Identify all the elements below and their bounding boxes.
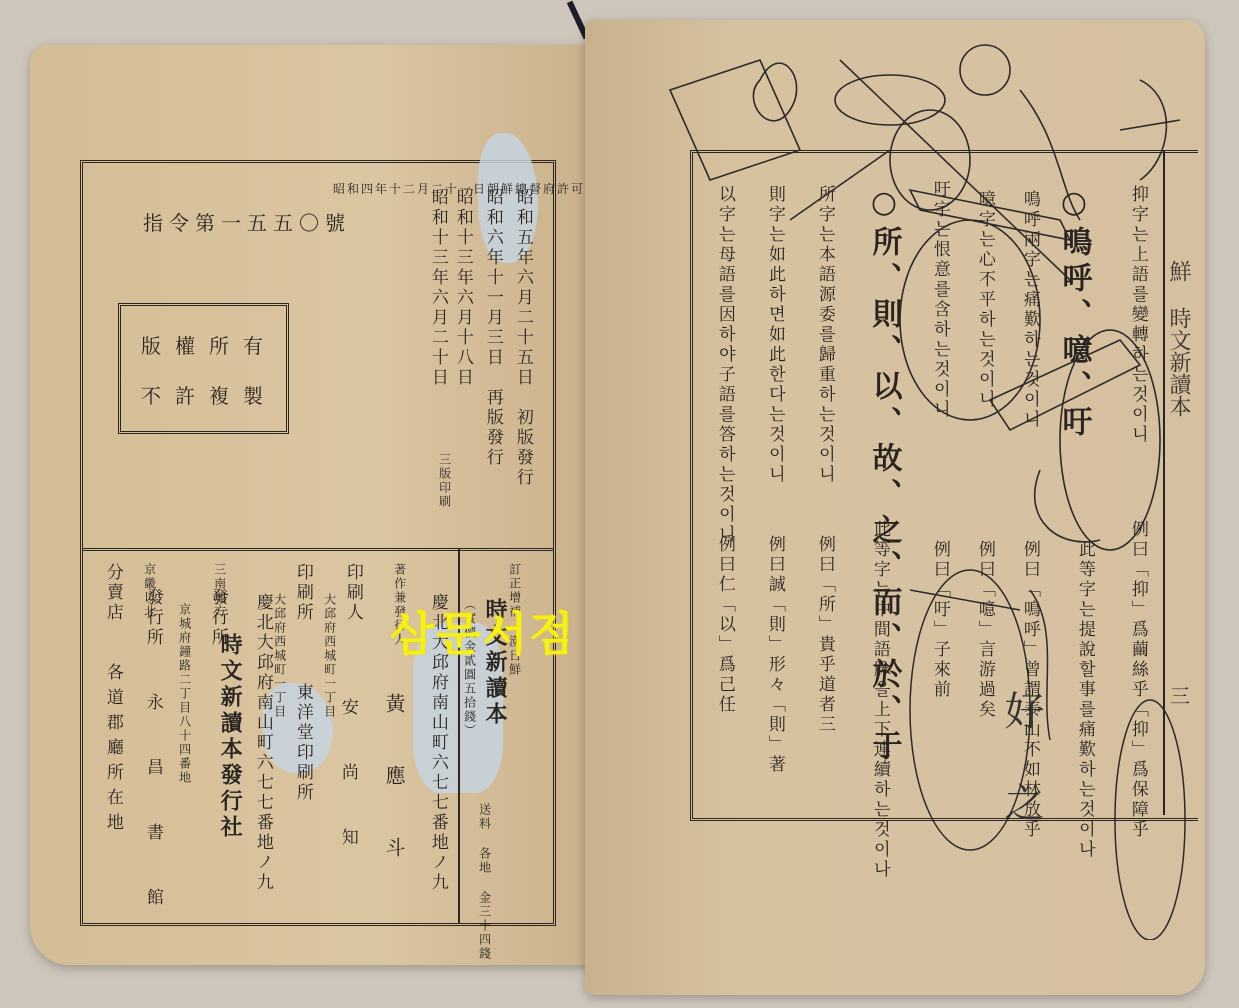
date-third-printing: 昭和十三年六月十八日: [453, 188, 471, 388]
store-watermark: 삼문서점: [390, 598, 576, 664]
text-column: 此等字는中間語脉을上下連續하는것이나: [870, 520, 888, 880]
text-column: 例曰「抑」爲繭絲乎「抑」爲保障乎: [1128, 520, 1146, 840]
text-column: 吁字는恨意를含하는것이니: [930, 180, 948, 420]
printer-name: 安 尚 知: [338, 698, 356, 859]
press-label: 印刷所: [293, 563, 311, 623]
printer-label: 印刷人: [343, 563, 361, 623]
author-name: 黃 應 斗: [383, 693, 404, 871]
text-column: 抑字는上語를變轉하는것이니: [1128, 185, 1146, 445]
text-column: 噫字는心不平하는것이니: [975, 190, 993, 410]
copyright-box: 版權所有 不許複製: [118, 303, 289, 434]
text-column: 鳴呼兩字는痛歎하는것이니: [1020, 190, 1038, 430]
page-number: 三: [1170, 680, 1190, 709]
left-page: 昭和五年六月二十五日 初版發行 昭和六年十一月三日 再版發行 昭和十三年六月十八…: [30, 45, 605, 965]
header-rule: [1163, 150, 1165, 815]
seoul-publisher-label: 發行所: [143, 588, 161, 648]
text-column: 例曰「噫」言游過矣: [975, 540, 993, 720]
no-reproduction: 不許複製: [141, 386, 277, 407]
copyright-reserved: 版權所有: [141, 336, 277, 357]
permit-number: 指令第一五五〇號: [143, 213, 351, 234]
colophon-frame: 昭和五年六月二十五日 初版發行 昭和六年十一月三日 再版發行 昭和十三年六月十八…: [80, 160, 556, 926]
text-column: 所字는本語源委를歸重하는것이니: [815, 185, 833, 485]
text-column: 例曰仁「以」爲己任: [715, 535, 733, 715]
publisher-address: 慶北大邱府南山町六七七番地ノ九: [253, 593, 271, 893]
text-column: 以字는母語를因하야子語를答하는것이니: [715, 185, 733, 545]
press-address: 大邱府西城町一丁目: [273, 593, 286, 719]
text-column: 則字는如此하면如此한다는것이니: [765, 185, 783, 485]
press-name: 東洋堂印刷所: [293, 683, 311, 803]
handwritten-note: 好 之: [1000, 690, 1042, 825]
text-column: 例曰「所」貴乎道者三: [815, 535, 833, 735]
date-second-edition: 昭和六年十一月三日 再版發行: [483, 188, 501, 468]
running-header: 鮮 時文新讀本: [1163, 260, 1194, 417]
branch-label: 分賣店: [103, 563, 121, 623]
postage: 送料 各地 金三十四錢: [478, 803, 491, 961]
third-edition-labels: 三版印刷: [438, 453, 451, 509]
text-column: 例曰誠「則」形々「則」著: [765, 535, 783, 775]
section-divider: [83, 548, 553, 551]
branch-value: 各道郡廳所在地: [103, 663, 121, 838]
publisher-name: 時文新讀本發行社: [218, 633, 241, 841]
text-column: 例曰「吁」子來前: [930, 540, 948, 700]
seoul-publisher-address: 京城府鐘路二丁目八十四番地: [178, 603, 191, 785]
section-heading: ○鳴呼、噫、吁: [1058, 185, 1090, 442]
date-first-edition: 昭和五年六月二十五日 初版發行: [513, 188, 531, 488]
printer-address: 大邱府西城町一丁目: [323, 593, 336, 719]
permit-line: 昭和四年十二月二十一日朝鮮總督府許可: [333, 183, 585, 196]
text-column: 此等字는提說할事를痛歎하는것이나: [1075, 540, 1093, 860]
date-third-edition: 昭和十三年六月二十日: [428, 188, 446, 388]
seoul-publisher-name: 永 昌 書 館: [143, 693, 161, 919]
